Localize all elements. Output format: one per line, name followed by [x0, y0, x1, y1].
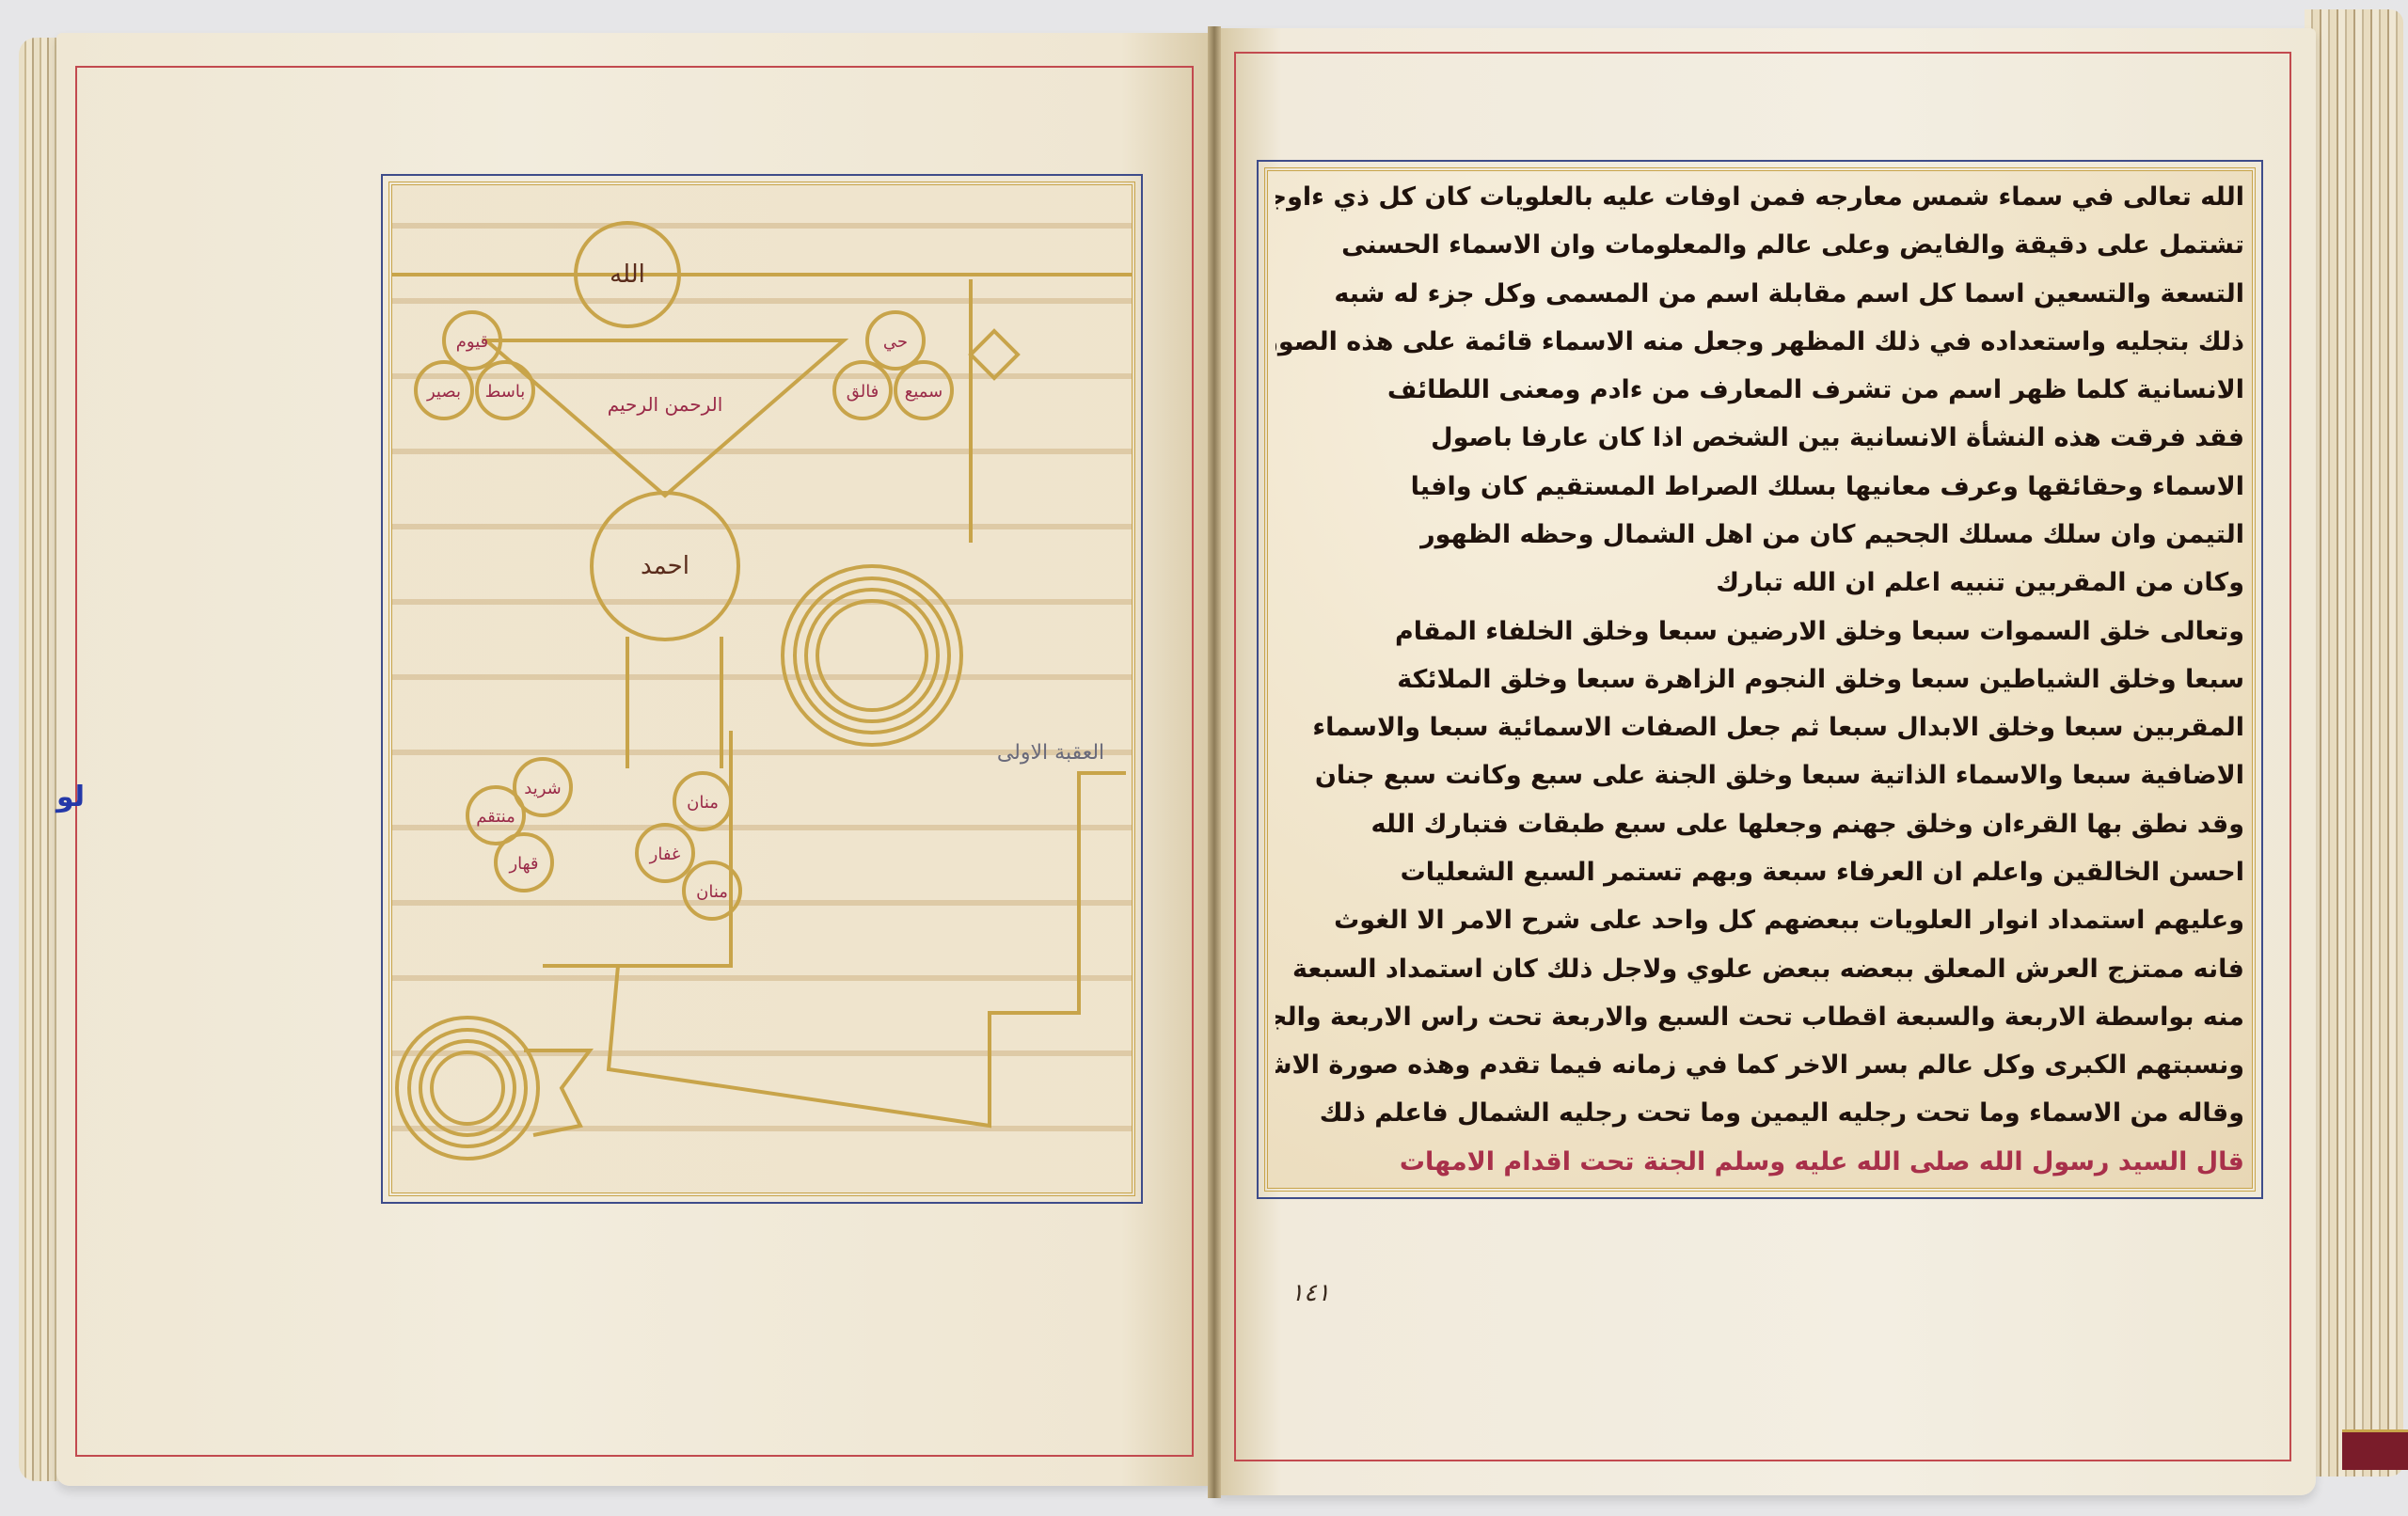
text-line: وعليهم استمداد انوار العلويات ببعضهم كل …: [1275, 900, 2244, 940]
text-line: منه بواسطة الاربعة والسبعة اقطاب تحت الس…: [1275, 997, 2244, 1037]
text-frame: الله تعالى في سماء شمس معارجه فمن اوفات …: [1264, 167, 2256, 1192]
text-line: الاسماء وحقائقها وعرف معانيها بسلك الصرا…: [1275, 466, 2244, 507]
closing-hadith-line: قال السيد رسول الله صلى الله عليه وسلم ا…: [1275, 1142, 2244, 1182]
text-line: التسعة والتسعين اسما كل اسم مقابلة اسم م…: [1275, 274, 2244, 314]
text-line: سبعا وخلق الشياطين سبعا وخلق النجوم الزا…: [1275, 659, 2244, 700]
svg-text:حي: حي: [883, 332, 908, 352]
book-gutter: [1208, 26, 1221, 1498]
text-block: الله تعالى في سماء شمس معارجه فمن اوفات …: [1275, 177, 2244, 1182]
folio-number: ١٤١: [1291, 1279, 1330, 1307]
text-line: وقاله من الاسماء وما تحت رجليه اليمين وم…: [1275, 1093, 2244, 1133]
right-page-stack: [2305, 9, 2403, 1477]
text-line: الاضافية سبعا والاسماء الذاتية سبعا وخلق…: [1275, 755, 2244, 796]
text-line: تشتمل على دقيقة والفايض وعلى عالم والمعل…: [1275, 225, 2244, 265]
text-line: ونسبتهم الكبرى وكل عالم بسر الاخر كما في…: [1275, 1045, 2244, 1085]
svg-text:قهار: قهار: [508, 854, 538, 874]
svg-text:شريد: شريد: [524, 779, 561, 798]
diagram-center-word: احمد: [641, 552, 689, 580]
diagram-panel: الله احمد الرحمن الرحيم قيوم باسط بصير ح…: [381, 174, 1143, 1204]
svg-text:منتقم: منتقم: [476, 807, 515, 827]
text-line: الانسانية كلما ظهر اسم من تشرف المعارف م…: [1275, 370, 2244, 410]
text-line: فانه ممتزج العرش المعلق ببعضه ببعض علوي …: [1275, 949, 2244, 989]
svg-text:قيوم: قيوم: [456, 332, 488, 352]
text-line: احسن الخالقين واعلم ان العرفاء سبعة وبهم…: [1275, 852, 2244, 892]
margin-mark: ﻟﻮ: [56, 781, 85, 813]
svg-text:بصير: بصير: [426, 382, 461, 402]
svg-text:سميع: سميع: [905, 382, 943, 402]
text-line: وكان من المقربين تنبيه اعلم ان الله تبار…: [1275, 562, 2244, 603]
text-line: فقد فرقت هذه النشأة الانسانية بين الشخص …: [1275, 418, 2244, 458]
text-line: وتعالى خلق السموات سبعا وخلق الارضين سبع…: [1275, 611, 2244, 652]
text-line: الله تعالى في سماء شمس معارجه فمن اوفات …: [1275, 177, 2244, 217]
svg-text:باسط: باسط: [485, 382, 526, 402]
text-line: التيمن وان سلك مسلك الجحيم كان من اهل ال…: [1275, 514, 2244, 555]
talismanic-diagram: الله احمد الرحمن الرحيم قيوم باسط بصير ح…: [392, 185, 1135, 1196]
text-line: المقربين سبعا وخلق الابدال سبعا ثم جعل ا…: [1275, 707, 2244, 748]
diagram-top-word: الله: [610, 261, 645, 289]
svg-text:فالق: فالق: [847, 382, 879, 402]
text-panel: الله تعالى في سماء شمس معارجه فمن اوفات …: [1257, 160, 2263, 1199]
diagram-frame: الله احمد الرحمن الرحيم قيوم باسط بصير ح…: [388, 182, 1135, 1196]
diagram-side-label: العقبة الاولى: [997, 741, 1104, 765]
svg-text:غفار: غفار: [649, 845, 681, 864]
svg-text:منان: منان: [687, 793, 719, 813]
text-line: ذلك بتجليه واستعداده في ذلك المظهر وجعل …: [1275, 322, 2244, 362]
diagram-triangle-text: الرحمن الرحيم: [608, 393, 723, 416]
book-cover-edge: [2342, 1429, 2408, 1470]
svg-text:منان: منان: [696, 882, 728, 902]
text-line: وقد نطق بها القرءان وخلق جهنم وجعلها على…: [1275, 804, 2244, 845]
